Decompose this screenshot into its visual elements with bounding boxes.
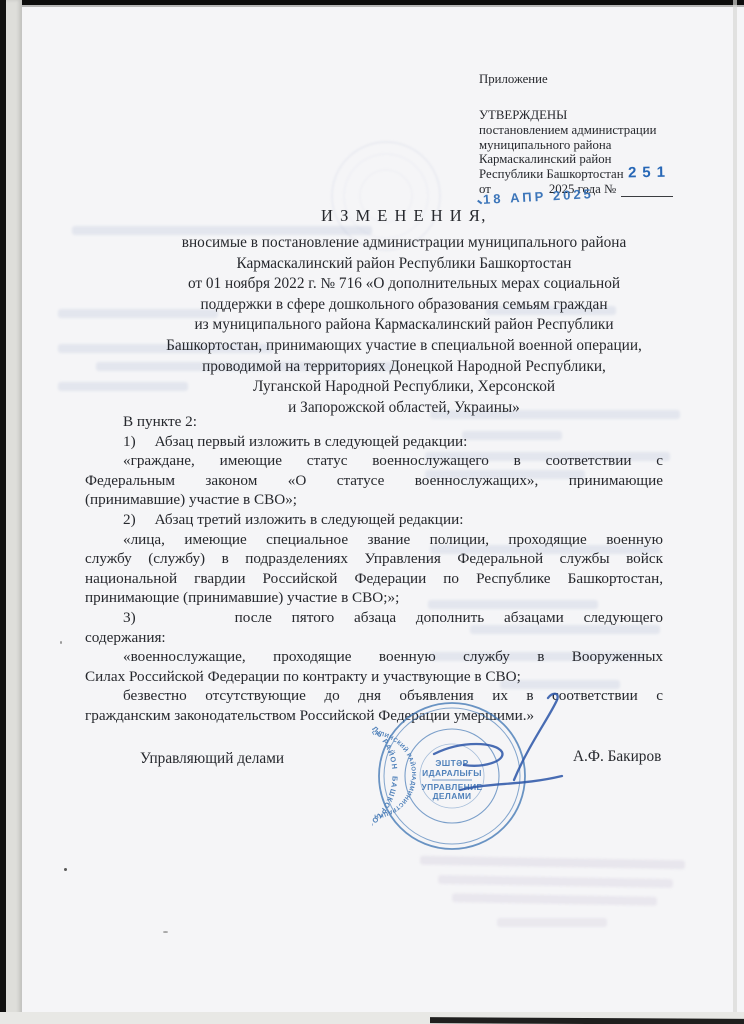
body-line: 3) после пятого абзаца дополнить абзацам… <box>85 608 663 628</box>
approval-line: муниципального района <box>479 138 709 153</box>
approval-line: УТВЕРЖДЕНЫ <box>479 108 709 123</box>
bleed-through-artifact <box>452 893 657 906</box>
body-line: содержания: <box>85 628 663 648</box>
scan-edge-bottom <box>430 1017 744 1024</box>
stamp-outer-ring-text: БАШКОРТОСТАН РЕСПУБЛИКАҺЫ ҠАРМАСҠАЛЫ РАЙ… <box>372 696 400 841</box>
title-line: от 01 ноября 2022 г. № 716 «О дополнител… <box>95 274 713 295</box>
title-line: из муниципального района Кармаскалинский… <box>95 315 713 336</box>
document-title: И З М Е Н Е Н И Я, <box>95 206 713 226</box>
paper-edge-left <box>6 0 22 1024</box>
body-line: «граждане, имеющие статус военнослужащег… <box>85 451 663 471</box>
approval-line: Республики Башкортостан <box>479 167 709 182</box>
paper-edge-right <box>733 0 737 1024</box>
title-line: Башкортостан, принимающих участие в спец… <box>95 336 713 357</box>
scan-speck <box>64 868 67 871</box>
bleed-through-artifact <box>420 856 685 870</box>
scanned-document-page: Приложение УТВЕРЖДЕНЫ постановлением адм… <box>0 0 744 1024</box>
handwritten-signature <box>400 688 585 803</box>
bleed-through-artifact <box>438 875 673 888</box>
body-line: (принимавшие) участие в СВО»; <box>85 490 663 510</box>
scan-speck <box>60 641 62 644</box>
signer-name: А.Ф. Бакиров <box>573 748 661 766</box>
body-line: национальной гвардии Российской Федераци… <box>85 569 663 589</box>
document-title-block: И З М Е Н Е Н И Я, вносимые в постановле… <box>95 206 713 418</box>
document-number-stamp: 251 <box>628 164 671 182</box>
attachment-label: Приложение <box>479 72 548 87</box>
approval-block: УТВЕРЖДЕНЫ постановлением администрации … <box>479 108 709 197</box>
body-line: В пункте 2: <box>85 412 663 432</box>
approval-line: Кармаскалинский район <box>479 152 709 167</box>
body-line: «лица, имеющие специальное звание полици… <box>85 530 663 550</box>
document-body: В пункте 2: 1) Абзац первый изложить в с… <box>85 412 663 726</box>
body-line: 2) Абзац третий изложить в следующей ред… <box>85 510 663 530</box>
scan-edge-top-shadow <box>0 5 744 7</box>
title-line: поддержки в сфере дошкольного образовани… <box>95 295 713 316</box>
body-line: 1) Абзац первый изложить в следующей ред… <box>85 432 663 452</box>
body-line: принимающие (принимавшие) участие в СВО;… <box>85 588 663 608</box>
title-line: проводимой на территориях Донецкой Народ… <box>95 357 713 378</box>
svg-text:БАШКОРТОСТАН РЕСПУБЛИКАҺЫ ҠАР: БАШКОРТОСТАН РЕСПУБЛИКАҺЫ ҠАРМАСҠАЛЫ РАЙ… <box>372 696 400 841</box>
body-line: «военнослужащие, проходящие военную служ… <box>85 647 663 667</box>
body-line: Федеральным законом «О статусе военнослу… <box>85 471 663 491</box>
body-line: Силах Российской Федерации по контракту … <box>85 667 663 687</box>
approval-line: постановлением администрации <box>479 123 709 138</box>
scan-speck <box>163 931 168 933</box>
bleed-through-artifact <box>497 918 607 927</box>
title-line: Кармаскалинский район Республики Башкорт… <box>95 254 713 275</box>
number-blank <box>621 196 673 197</box>
title-line: Луганской Народной Республики, Херсонско… <box>95 377 713 398</box>
title-line: вносимые в постановление администрации м… <box>95 233 713 254</box>
signer-position: Управляющий делами <box>140 750 284 768</box>
body-line: службу (службу) в подразделениях Управле… <box>85 549 663 569</box>
